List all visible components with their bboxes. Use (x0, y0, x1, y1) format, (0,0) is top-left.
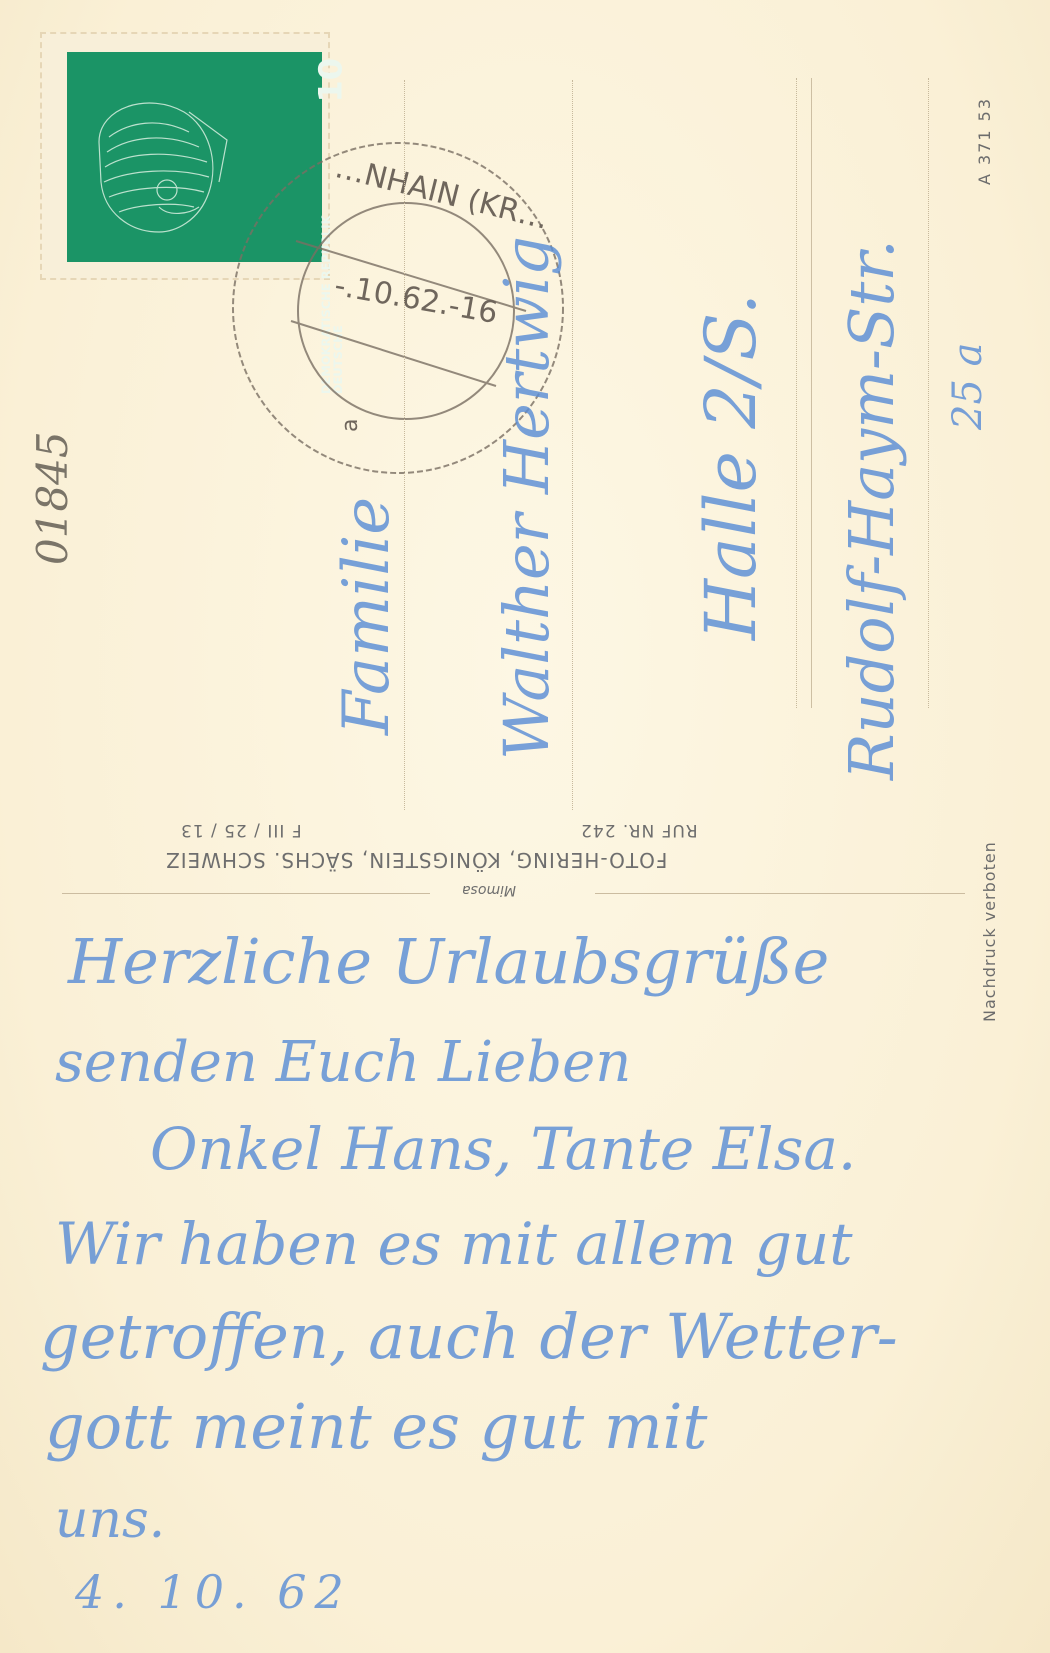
address-divider (811, 78, 812, 708)
separator-line (595, 893, 965, 894)
message-line-5: getroffen, auch der Wetter- (40, 1300, 898, 1373)
address-divider (796, 78, 797, 708)
message-line-2: senden Euch Lieben (55, 1030, 631, 1095)
postmark-sub-letter: a (338, 419, 363, 432)
address-divider (404, 80, 405, 810)
separator-line (62, 893, 430, 894)
catalog-number: A 371 53 (975, 97, 994, 185)
publisher-phone: RUF NR. 242 (580, 820, 698, 840)
brand-mark: Mimosa (462, 882, 516, 898)
message-line-3: Onkel Hans, Tante Elsa. (150, 1115, 856, 1183)
series-number: F III / 25 / 13 (180, 820, 302, 840)
message-line-7: uns. (55, 1490, 165, 1550)
address-line-4: Rudolf-Haym-Str. (835, 239, 908, 780)
pencil-note: 01845 (28, 431, 77, 565)
address-divider (572, 80, 573, 810)
address-line-5: 25 a (945, 343, 991, 430)
address-line-1: Familie (330, 497, 404, 735)
address-line-3: Halle 2/S. (690, 293, 772, 640)
address-line-2: Walther Hertwig (490, 236, 563, 760)
address-divider (928, 78, 929, 708)
message-date: 4. 10. 62 (75, 1565, 352, 1619)
stamp-value: 10 (312, 58, 350, 103)
message-line-1: Herzliche Urlaubsgrüße (68, 925, 829, 998)
portrait-engraving-icon (79, 82, 229, 247)
publisher-name: FOTO-HERING, KÖNIGSTEIN, SÄCHS. SCHWEIZ (165, 848, 667, 872)
message-line-6: gott meint es gut mit (45, 1390, 707, 1463)
message-line-4: Wir haben es mit allem gut (55, 1210, 853, 1278)
postcard-back: 10 DEMOKRATISCHE REPUBLIK DEUTSCHE …NHAI… (0, 0, 1050, 1653)
copyright-notice: Nachdruck verboten (980, 841, 999, 1022)
